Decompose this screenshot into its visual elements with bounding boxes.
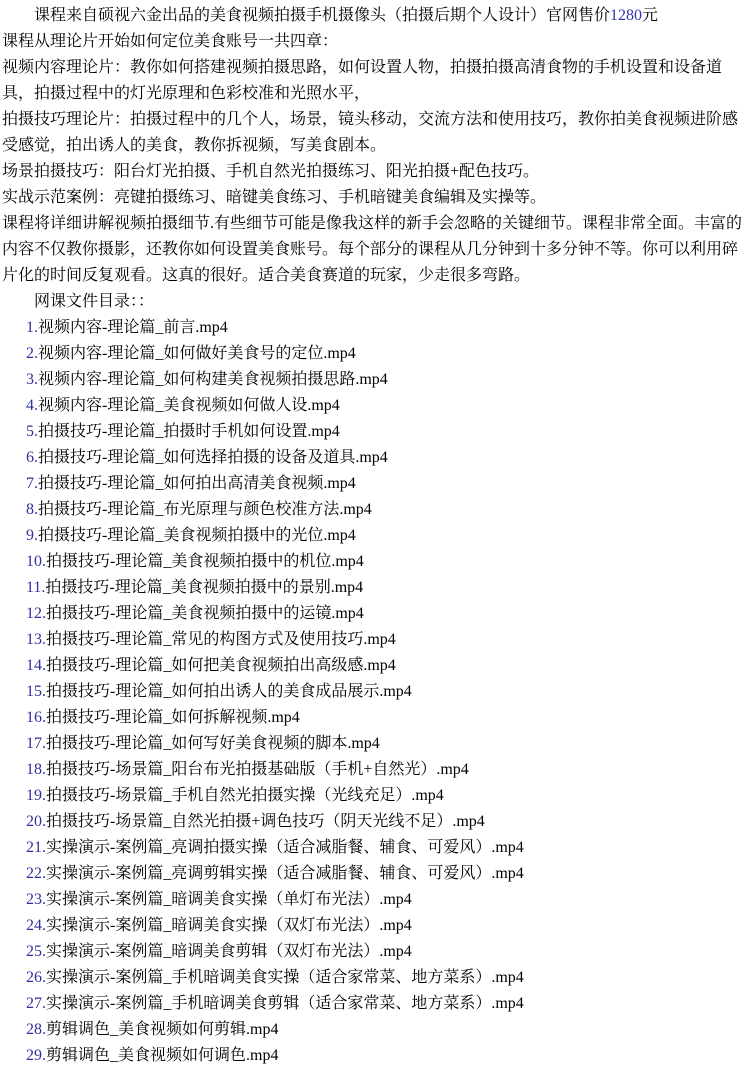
file-number: 28. — [26, 1021, 46, 1038]
file-name: 实操演示-案例篇_暗调美食实操（单灯布光法）.mp4 — [46, 891, 412, 908]
file-number: 13. — [26, 631, 46, 648]
file-name: 实操演示-案例篇_暗调美食剪辑（双灯布光法）.mp4 — [46, 943, 412, 960]
intro-suffix-text: 元 — [642, 7, 658, 24]
file-number: 5. — [26, 423, 38, 440]
file-name: 剪辑调色_美食视频如何调色.mp4 — [46, 1047, 278, 1064]
file-name: 拍摄技巧-理论篇_如何拆解视频.mp4 — [46, 709, 300, 726]
file-number: 7. — [26, 475, 38, 492]
file-list-item: 21.实操演示-案例篇_亮调拍摄实操（适合减脂餐、辅食、可爱风）.mp4 — [26, 835, 748, 861]
file-name: 拍摄技巧-理论篇_如何拍出诱人的美食成品展示.mp4 — [46, 683, 412, 700]
chapter-3-description: 场景拍摄技巧：阳台灯光拍摄、手机自然光拍摄练习、阳光拍摄+配色技巧。 — [2, 159, 748, 185]
file-number: 21. — [26, 839, 46, 856]
file-name: 拍摄技巧-理论篇_美食视频拍摄中的机位.mp4 — [46, 553, 364, 570]
file-number: 23. — [26, 891, 46, 908]
file-number: 12. — [26, 605, 46, 622]
file-name: 拍摄技巧-理论篇_拍摄时手机如何设置.mp4 — [38, 423, 340, 440]
file-name: 拍摄技巧-理论篇_美食视频拍摄中的运镜.mp4 — [46, 605, 364, 622]
catalog-heading: 网课文件目录：： — [2, 289, 748, 315]
file-name: 视频内容-理论篇_美食视频如何做人设.mp4 — [38, 397, 340, 414]
file-name: 拍摄技巧-理论篇_如何拍出高清美食视频.mp4 — [38, 475, 356, 492]
file-list-item: 15.拍摄技巧-理论篇_如何拍出诱人的美食成品展示.mp4 — [26, 679, 748, 705]
document-page: { "page": { "background": "#ffffff", "te… — [0, 0, 750, 1082]
file-number: 20. — [26, 813, 46, 830]
file-name: 拍摄技巧-场景篇_自然光拍摄+调色技巧（阴天光线不足）.mp4 — [46, 813, 485, 830]
file-name: 实操演示-案例篇_暗调美食实操（双灯布光法）.mp4 — [46, 917, 412, 934]
file-name: 拍摄技巧-场景篇_阳台布光拍摄基础版（手机+自然光）.mp4 — [46, 761, 469, 778]
file-list-item: 1.视频内容-理论篇_前言.mp4 — [26, 315, 748, 341]
file-number: 17. — [26, 735, 46, 752]
course-chapters-line: 课程从理论片开始如何定位美食账号一共四章： — [2, 29, 748, 55]
file-name: 视频内容-理论篇_前言.mp4 — [38, 319, 228, 336]
file-name: 视频内容-理论篇_如何做好美食号的定位.mp4 — [38, 345, 356, 362]
file-list-item: 8.拍摄技巧-理论篇_布光原理与颜色校准方法.mp4 — [26, 497, 748, 523]
file-list-item: 18.拍摄技巧-场景篇_阳台布光拍摄基础版（手机+自然光）.mp4 — [26, 757, 748, 783]
file-list-item: 27.实操演示-案例篇_手机暗调美食剪辑（适合家常菜、地方菜系）.mp4 — [26, 991, 748, 1017]
file-number: 16. — [26, 709, 46, 726]
file-list-item: 2.视频内容-理论篇_如何做好美食号的定位.mp4 — [26, 341, 748, 367]
file-name: 实操演示-案例篇_亮调剪辑实操（适合减脂餐、辅食、可爱风）.mp4 — [46, 865, 524, 882]
file-number: 29. — [26, 1047, 46, 1064]
file-number: 1. — [26, 319, 38, 336]
file-list-item: 3.视频内容-理论篇_如何构建美食视频拍摄思路.mp4 — [26, 367, 748, 393]
file-name: 拍摄技巧-理论篇_如何写好美食视频的脚本.mp4 — [46, 735, 380, 752]
file-name: 拍摄技巧-理论篇_布光原理与颜色校准方法.mp4 — [38, 501, 372, 518]
file-number: 3. — [26, 371, 38, 388]
file-number: 6. — [26, 449, 38, 466]
file-name: 拍摄技巧-理论篇_常见的构图方式及使用技巧.mp4 — [46, 631, 396, 648]
price-value: 1280 — [610, 7, 642, 24]
file-number: 11. — [26, 579, 45, 596]
file-name: 拍摄技巧-理论篇_如何选择拍摄的设备及道具.mp4 — [38, 449, 388, 466]
chapter-4-description: 实战示范案例：亮键拍摄练习、暗键美食练习、手机暗键美食编辑及实操等。 — [2, 185, 748, 211]
file-list: 1.视频内容-理论篇_前言.mp4 2.视频内容-理论篇_如何做好美食号的定位.… — [2, 315, 748, 1069]
file-list-item: 5.拍摄技巧-理论篇_拍摄时手机如何设置.mp4 — [26, 419, 748, 445]
file-list-item: 4.视频内容-理论篇_美食视频如何做人设.mp4 — [26, 393, 748, 419]
file-name: 实操演示-案例篇_手机暗调美食实操（适合家常菜、地方菜系）.mp4 — [46, 969, 524, 986]
file-list-item: 26.实操演示-案例篇_手机暗调美食实操（适合家常菜、地方菜系）.mp4 — [26, 965, 748, 991]
file-list-item: 28.剪辑调色_美食视频如何剪辑.mp4 — [26, 1017, 748, 1043]
file-number: 27. — [26, 995, 46, 1012]
file-number: 15. — [26, 683, 46, 700]
file-name: 视频内容-理论篇_如何构建美食视频拍摄思路.mp4 — [38, 371, 388, 388]
file-number: 22. — [26, 865, 46, 882]
chapter-1-description: 视频内容理论片：教你如何搭建视频拍摄思路，如何设置人物，拍摄拍摄高清食物的手机设… — [2, 55, 748, 107]
file-list-item: 24.实操演示-案例篇_暗调美食实操（双灯布光法）.mp4 — [26, 913, 748, 939]
file-number: 8. — [26, 501, 38, 518]
file-number: 9. — [26, 527, 38, 544]
file-name: 拍摄技巧-场景篇_手机自然光拍摄实操（光线充足）.mp4 — [46, 787, 444, 804]
file-number: 14. — [26, 657, 46, 674]
file-list-item: 11.拍摄技巧-理论篇_美食视频拍摄中的景别.mp4 — [26, 575, 748, 601]
file-number: 2. — [26, 345, 38, 362]
file-number: 4. — [26, 397, 38, 414]
file-list-item: 20.拍摄技巧-场景篇_自然光拍摄+调色技巧（阴天光线不足）.mp4 — [26, 809, 748, 835]
chapter-2-description: 拍摄技巧理论片：拍摄过程中的几个人，场景，镜头移动，交流方法和使用技巧，教你拍美… — [2, 107, 748, 159]
file-list-item: 14.拍摄技巧-理论篇_如何把美食视频拍出高级感.mp4 — [26, 653, 748, 679]
file-list-item: 13.拍摄技巧-理论篇_常见的构图方式及使用技巧.mp4 — [26, 627, 748, 653]
file-list-item: 16.拍摄技巧-理论篇_如何拆解视频.mp4 — [26, 705, 748, 731]
file-list-item: 19.拍摄技巧-场景篇_手机自然光拍摄实操（光线充足）.mp4 — [26, 783, 748, 809]
file-number: 10. — [26, 553, 46, 570]
file-list-item: 10.拍摄技巧-理论篇_美食视频拍摄中的机位.mp4 — [26, 549, 748, 575]
file-name: 拍摄技巧-理论篇_美食视频拍摄中的景别.mp4 — [45, 579, 363, 596]
file-number: 25. — [26, 943, 46, 960]
file-number: 18. — [26, 761, 46, 778]
file-number: 19. — [26, 787, 46, 804]
file-list-item: 6.拍摄技巧-理论篇_如何选择拍摄的设备及道具.mp4 — [26, 445, 748, 471]
course-intro-line: 课程来自硕视六金出品的美食视频拍摄手机摄像头（拍摄后期个人设计）官网售价1280… — [2, 3, 748, 29]
file-list-item: 22.实操演示-案例篇_亮调剪辑实操（适合减脂餐、辅食、可爱风）.mp4 — [26, 861, 748, 887]
file-list-item: 25.实操演示-案例篇_暗调美食剪辑（双灯布光法）.mp4 — [26, 939, 748, 965]
file-name: 拍摄技巧-理论篇_如何把美食视频拍出高级感.mp4 — [46, 657, 396, 674]
file-name: 剪辑调色_美食视频如何剪辑.mp4 — [46, 1021, 278, 1038]
file-number: 26. — [26, 969, 46, 986]
file-list-item: 7.拍摄技巧-理论篇_如何拍出高清美食视频.mp4 — [26, 471, 748, 497]
file-list-item: 9.拍摄技巧-理论篇_美食视频拍摄中的光位.mp4 — [26, 523, 748, 549]
file-name: 拍摄技巧-理论篇_美食视频拍摄中的光位.mp4 — [38, 527, 356, 544]
intro-prefix-text: 课程来自硕视六金出品的美食视频拍摄手机摄像头（拍摄后期个人设计）官网售价 — [34, 7, 610, 24]
file-list-item: 29.剪辑调色_美食视频如何调色.mp4 — [26, 1043, 748, 1069]
file-name: 实操演示-案例篇_亮调拍摄实操（适合减脂餐、辅食、可爱风）.mp4 — [46, 839, 524, 856]
course-description-document: 课程来自硕视六金出品的美食视频拍摄手机摄像头（拍摄后期个人设计）官网售价1280… — [0, 0, 750, 1082]
course-summary-paragraph: 课程将详细讲解视频拍摄细节.有些细节可能是像我这样的新手会忽略的关键细节。课程非… — [2, 211, 748, 289]
file-list-item: 23.实操演示-案例篇_暗调美食实操（单灯布光法）.mp4 — [26, 887, 748, 913]
file-list-item: 12.拍摄技巧-理论篇_美食视频拍摄中的运镜.mp4 — [26, 601, 748, 627]
file-number: 24. — [26, 917, 46, 934]
file-list-item: 17.拍摄技巧-理论篇_如何写好美食视频的脚本.mp4 — [26, 731, 748, 757]
file-name: 实操演示-案例篇_手机暗调美食剪辑（适合家常菜、地方菜系）.mp4 — [46, 995, 524, 1012]
